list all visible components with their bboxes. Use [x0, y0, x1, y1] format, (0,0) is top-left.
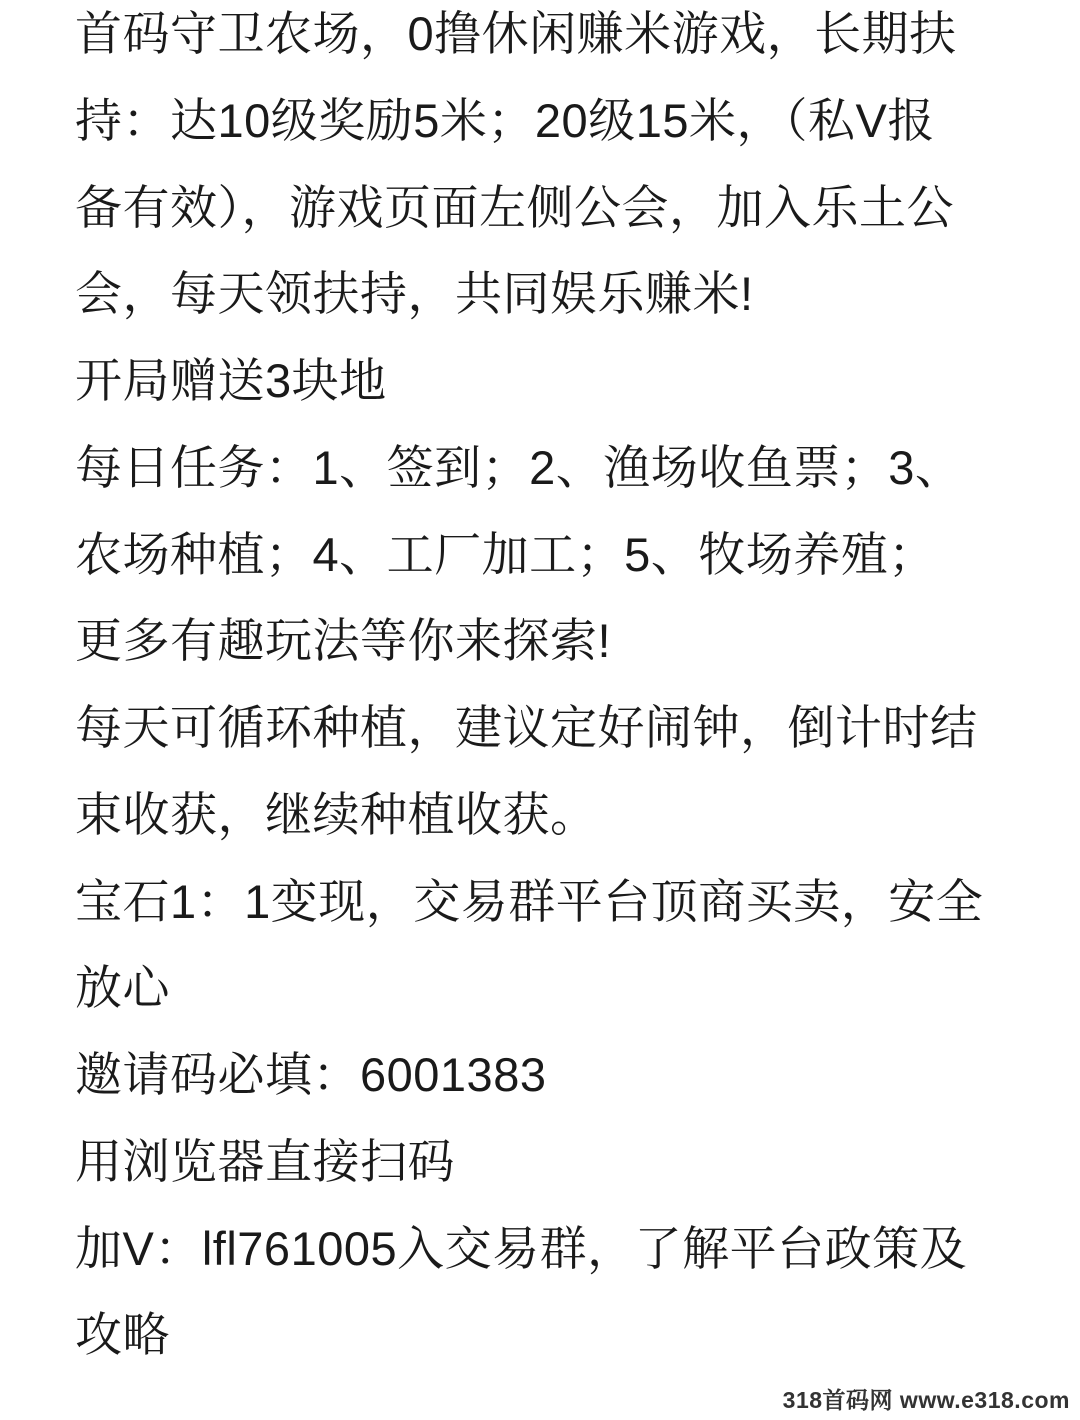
text-line: 攻略 — [75, 1292, 1040, 1379]
watermark: 318首码网 www.e318.com — [783, 1382, 1070, 1415]
text-line: 更多有趣玩法等你来探索! — [75, 598, 1040, 685]
text-line: 放心 — [75, 945, 1040, 1032]
invite-code-line: 邀请码必填：6001383 — [75, 1032, 1040, 1119]
text-line: 开局赠送3块地 — [75, 338, 1040, 425]
text-line: 每天可循环种植，建议定好闹钟，倒计时结 — [75, 685, 1040, 772]
text-line: 农场种植；4、工厂加工；5、牧场养殖； — [75, 512, 1040, 599]
promo-text-body: 首码守卫农场，0撸休闲赚米游戏，长期扶 持：达10级奖励5米；20级15米，（私… — [75, 0, 1040, 1379]
wechat-contact-line: 加V：lfl761005入交易群，了解平台政策及 — [75, 1206, 1040, 1293]
text-line: 会，每天领扶持，共同娱乐赚米! — [75, 251, 1040, 338]
text-line: 每日任务：1、签到；2、渔场收鱼票；3、 — [75, 425, 1040, 512]
text-line: 用浏览器直接扫码 — [75, 1119, 1040, 1206]
text-line: 备有效），游戏页面左侧公会，加入乐土公 — [75, 165, 1040, 252]
text-line: 首码守卫农场，0撸休闲赚米游戏，长期扶 — [75, 0, 1040, 78]
text-line: 持：达10级奖励5米；20级15米，（私V报 — [75, 78, 1040, 165]
text-line: 束收获，继续种植收获。 — [75, 772, 1040, 859]
text-line: 宝石1：1变现，交易群平台顶商买卖，安全 — [75, 859, 1040, 946]
